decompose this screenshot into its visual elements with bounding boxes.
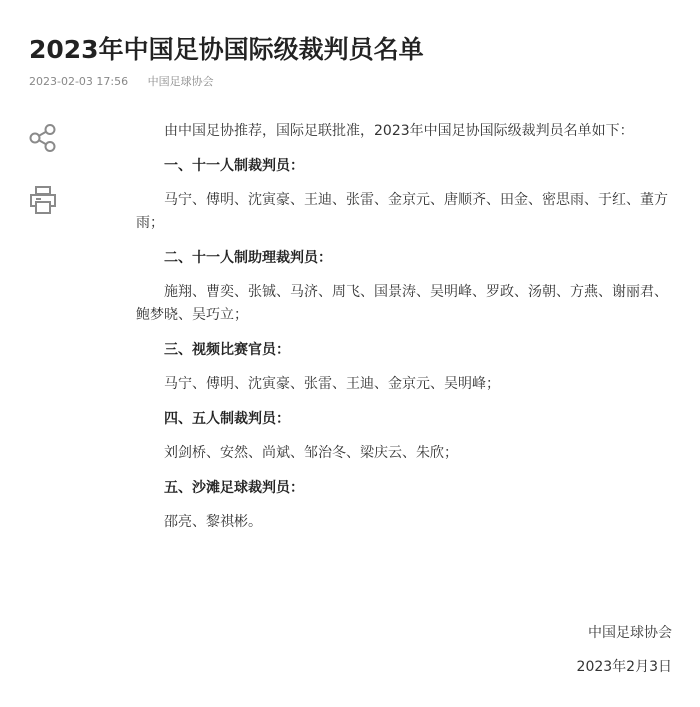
section-heading: 二、十一人制助理裁判员： [136, 247, 676, 270]
signature: 中国足球协会 2023年2月3日 [577, 622, 672, 679]
section-heading: 一、十一人制裁判员： [136, 155, 676, 178]
print-icon [28, 185, 58, 215]
print-button[interactable] [28, 184, 58, 216]
article-source: 中国足球协会 [148, 75, 214, 88]
signature-date: 2023年2月3日 [577, 656, 672, 679]
section-heading: 五、沙滩足球裁判员： [136, 477, 676, 500]
intro-paragraph: 由中国足协推荐，国际足联批准，2023年中国足协国际级裁判员名单如下： [136, 120, 676, 143]
article-body: 由中国足协推荐，国际足联批准，2023年中国足协国际级裁判员名单如下： 一、十一… [136, 120, 676, 546]
section-names: 马宁、傅明、沈寅豪、张雷、王迪、金京元、吴明峰； [136, 373, 676, 396]
share-button[interactable] [28, 122, 58, 154]
section-heading: 三、视频比赛官员： [136, 339, 676, 362]
section-names: 施翔、曹奕、张铖、马济、周飞、国景涛、吴明峰、罗政、汤朝、方燕、谢丽君、鲍梦晓、… [136, 281, 676, 327]
section-heading: 四、五人制裁判员： [136, 408, 676, 431]
section-names: 邵亮、黎祺彬。 [136, 511, 676, 534]
section-names: 马宁、傅明、沈寅豪、王迪、张雷、金京元、唐顺齐、田金、密思雨、于红、董方雨； [136, 189, 676, 235]
article-meta: 2023-02-03 17:56 中国足球协会 [29, 73, 214, 89]
signature-org: 中国足球协会 [577, 622, 672, 645]
article-tools [28, 122, 60, 216]
section-names: 刘剑桥、安然、尚斌、邹治冬、梁庆云、朱欣； [136, 442, 676, 465]
share-icon [29, 124, 57, 152]
article-title: 2023年中国足协国际级裁判员名单 [29, 30, 424, 66]
publish-date: 2023-02-03 17:56 [29, 75, 128, 88]
